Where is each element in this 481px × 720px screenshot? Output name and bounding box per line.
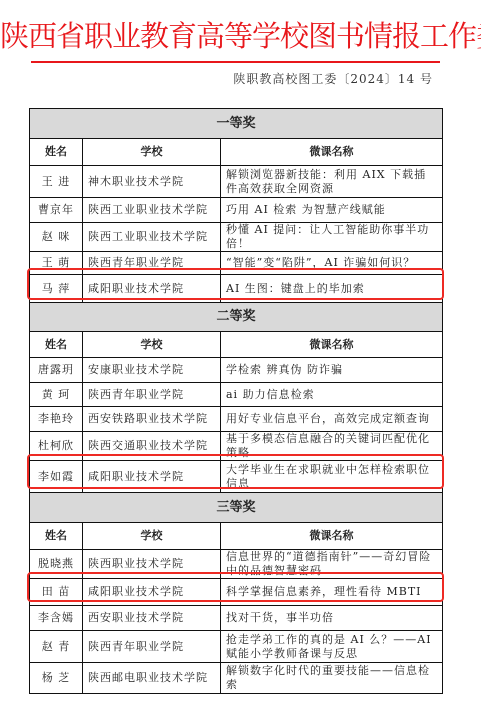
table-row: 王 进 神木职业技术学院 解锁浏览器新技能：利用 AIX 下载插件高效获取全网资… [30, 166, 443, 198]
table-row: 李艳玲 西安铁路职业技术学院 用好专业信息平台，高效完成定额查询 [30, 407, 443, 432]
winner-school: 陕西职业技术学院 [83, 550, 221, 579]
table-row: 赵 青 陕西青年职业学院 抢走学弟工作的真的是 AI 么？——AI 赋能小学教师… [30, 631, 443, 663]
winner-school: 安康职业技术学院 [83, 358, 221, 383]
awards-table: 一等奖 姓名 学校 微课名称 王 进 神木职业技术学院 解锁浏览器新技能：利用 … [29, 108, 443, 694]
course-title: 信息世界的“道德指南针”——奇幻冒险中的品德智慧密码 [221, 550, 443, 579]
winner-name: 王 萌 [30, 252, 83, 275]
course-title: “智能”变“陷阱”，AI 诈骗如何识？ [221, 252, 443, 275]
document-number: 陕职教高校图工委〔2024〕14 号 [233, 70, 433, 87]
table-row: 王 萌 陕西青年职业学院 “智能”变“陷阱”，AI 诈骗如何识？ [30, 252, 443, 275]
column-header-name: 姓名 [30, 139, 83, 166]
column-header-row: 姓名 学校 微课名称 [30, 139, 443, 166]
winner-name: 李艳玲 [30, 407, 83, 432]
winner-name: 王 进 [30, 166, 83, 198]
winner-school: 咸阳职业技术学院 [83, 275, 221, 303]
table-row: 曹京年 陕西工业职业技术学院 巧用 AI 检索 为智慧产线赋能 [30, 198, 443, 223]
table-row: 李含嫣 西安职业技术学院 找对干货，事半功倍 [30, 606, 443, 631]
course-title: 大学毕业生在求职就业中怎样检索职位信息 [221, 461, 443, 493]
table-row: 唐露玥 安康职业技术学院 学检索 辨真伪 防诈骗 [30, 358, 443, 383]
course-title: 解锁数字化时代的重要技能——信息检索 [221, 663, 443, 694]
winner-school: 陕西交通职业技术学院 [83, 432, 221, 461]
column-header-name: 姓名 [30, 523, 83, 550]
table-row-highlighted: 马 萍 咸阳职业技术学院 AI 生图：键盘上的毕加索 [30, 275, 443, 303]
table-row: 黄 珂 陕西青年职业学院 ai 助力信息检索 [30, 383, 443, 407]
column-header-name: 姓名 [30, 332, 83, 358]
column-header-school: 学校 [83, 332, 221, 358]
course-title: 基于多模态信息融合的关键词匹配优化策略 [221, 432, 443, 461]
column-header-row: 姓名 学校 微课名称 [30, 332, 443, 358]
winner-school: 咸阳职业技术学院 [83, 461, 221, 493]
column-header-school: 学校 [83, 139, 221, 166]
course-title: 巧用 AI 检索 为智慧产线赋能 [221, 198, 443, 223]
winner-school: 神木职业技术学院 [83, 166, 221, 198]
winner-school: 陕西青年职业学院 [83, 383, 221, 407]
section-header-second-prize: 二等奖 [30, 303, 443, 332]
winner-name: 杨 芝 [30, 663, 83, 694]
table-row: 杨 芝 陕西邮电职业技术学院 解锁数字化时代的重要技能——信息检索 [30, 663, 443, 694]
table-row-highlighted: 李如霞 咸阳职业技术学院 大学毕业生在求职就业中怎样检索职位信息 [30, 461, 443, 493]
course-title: 找对干货，事半功倍 [221, 606, 443, 631]
column-header-row: 姓名 学校 微课名称 [30, 523, 443, 550]
org-title: 陕西省职业教育高等学校图书情报工作委员会 [0, 18, 481, 54]
winner-school: 咸阳职业技术学院 [83, 579, 221, 606]
winner-school: 陕西青年职业学院 [83, 252, 221, 275]
column-header-course: 微课名称 [221, 523, 443, 550]
course-title: 学检索 辨真伪 防诈骗 [221, 358, 443, 383]
winner-school: 陕西邮电职业技术学院 [83, 663, 221, 694]
winner-name: 李如霞 [30, 461, 83, 493]
course-title: 科学掌握信息素养，理性看待 MBTI [221, 579, 443, 606]
table-row: 杜柯欣 陕西交通职业技术学院 基于多模态信息融合的关键词匹配优化策略 [30, 432, 443, 461]
winner-name: 唐露玥 [30, 358, 83, 383]
course-title: 秒懂 AI 提问：让人工智能助你事半功倍！ [221, 223, 443, 252]
winner-name: 赵 咪 [30, 223, 83, 252]
column-header-school: 学校 [83, 523, 221, 550]
winner-school: 陕西青年职业学院 [83, 631, 221, 663]
section-header-third-prize: 三等奖 [30, 493, 443, 523]
winner-name: 黄 珂 [30, 383, 83, 407]
red-divider [31, 61, 440, 63]
course-title: 用好专业信息平台，高效完成定额查询 [221, 407, 443, 432]
table-row: 脱晓燕 陕西职业技术学院 信息世界的“道德指南针”——奇幻冒险中的品德智慧密码 [30, 550, 443, 579]
section-header-first-prize: 一等奖 [30, 109, 443, 139]
course-title: 解锁浏览器新技能：利用 AIX 下载插件高效获取全网资源 [221, 166, 443, 198]
course-title: 抢走学弟工作的真的是 AI 么？——AI 赋能小学教师备课与反思 [221, 631, 443, 663]
column-header-course: 微课名称 [221, 139, 443, 166]
winner-school: 西安铁路职业技术学院 [83, 407, 221, 432]
winner-name: 杜柯欣 [30, 432, 83, 461]
winner-school: 西安职业技术学院 [83, 606, 221, 631]
winner-name: 李含嫣 [30, 606, 83, 631]
winner-name: 马 萍 [30, 275, 83, 303]
table-row-highlighted: 田 苗 咸阳职业技术学院 科学掌握信息素养，理性看待 MBTI [30, 579, 443, 606]
winner-name: 赵 青 [30, 631, 83, 663]
table-row: 赵 咪 陕西工业职业技术学院 秒懂 AI 提问：让人工智能助你事半功倍！ [30, 223, 443, 252]
winner-name: 田 苗 [30, 579, 83, 606]
winner-school: 陕西工业职业技术学院 [83, 223, 221, 252]
course-title: AI 生图：键盘上的毕加索 [221, 275, 443, 303]
winner-school: 陕西工业职业技术学院 [83, 198, 221, 223]
column-header-course: 微课名称 [221, 332, 443, 358]
course-title: ai 助力信息检索 [221, 383, 443, 407]
winner-name: 曹京年 [30, 198, 83, 223]
winner-name: 脱晓燕 [30, 550, 83, 579]
